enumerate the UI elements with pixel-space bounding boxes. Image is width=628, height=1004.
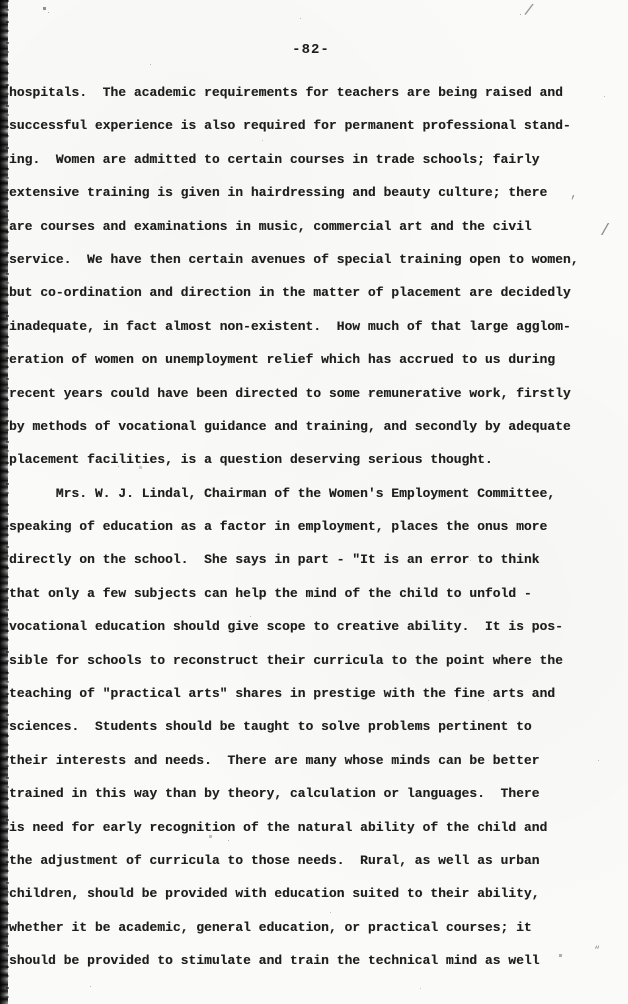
scan-artifact-slash: / bbox=[600, 222, 610, 241]
text-line: should be provided to stimulate and trai… bbox=[9, 944, 621, 977]
text-line: extensive training is given in hairdress… bbox=[9, 176, 621, 209]
text-line: ing. Women are admitted to certain cours… bbox=[9, 143, 621, 176]
scan-artifact-comma: , bbox=[570, 186, 578, 201]
text-line: eration of women on unemployment relief … bbox=[9, 343, 621, 376]
text-line: Mrs. W. J. Lindal, Chairman of the Women… bbox=[9, 477, 621, 510]
text-line: is need for early recognition of the nat… bbox=[9, 811, 621, 844]
text-line: hospitals. The academic requirements for… bbox=[9, 76, 621, 109]
text-line: directly on the school. She says in part… bbox=[9, 543, 621, 576]
text-line: placement facilities, is a question dese… bbox=[9, 443, 621, 476]
text-line: the adjustment of curricula to those nee… bbox=[9, 844, 621, 877]
page-number: -82- bbox=[292, 42, 330, 58]
text-line: inadequate, in fact almost non-existent.… bbox=[9, 310, 621, 343]
text-line: whether it be academic, general educatio… bbox=[9, 911, 621, 944]
text-line: but co-ordination and direction in the m… bbox=[9, 276, 621, 309]
scan-artifact-slash: / bbox=[523, 1, 535, 20]
text-line: are courses and examinations in music, c… bbox=[9, 210, 621, 243]
scan-noise-specks bbox=[0, 0, 1, 1]
scan-artifact-tick: “ bbox=[594, 946, 600, 957]
text-line: children, should be provided with educat… bbox=[9, 877, 621, 910]
text-line: vocational education should give scope t… bbox=[9, 610, 621, 643]
text-line: their interests and needs. There are man… bbox=[9, 744, 621, 777]
text-line: teaching of "practical arts" shares in p… bbox=[9, 677, 621, 710]
text-line: trained in this way than by theory, calc… bbox=[9, 777, 621, 810]
text-line: service. We have then certain avenues of… bbox=[9, 243, 621, 276]
text-line: by methods of vocational guidance and tr… bbox=[9, 410, 621, 443]
body-text: hospitals. The academic requirements for… bbox=[9, 76, 621, 978]
text-line: sciences. Students should be taught to s… bbox=[9, 710, 621, 743]
text-line: speaking of education as a factor in emp… bbox=[9, 510, 621, 543]
text-line: successful experience is also required f… bbox=[9, 109, 621, 142]
text-line: recent years could have been directed to… bbox=[9, 377, 621, 410]
scanned-page: -82- hospitals. The academic requirement… bbox=[0, 0, 628, 1004]
text-line: sible for schools to reconstruct their c… bbox=[9, 644, 621, 677]
text-line: that only a few subjects can help the mi… bbox=[9, 577, 621, 610]
scan-binding-edge bbox=[0, 0, 8, 1004]
